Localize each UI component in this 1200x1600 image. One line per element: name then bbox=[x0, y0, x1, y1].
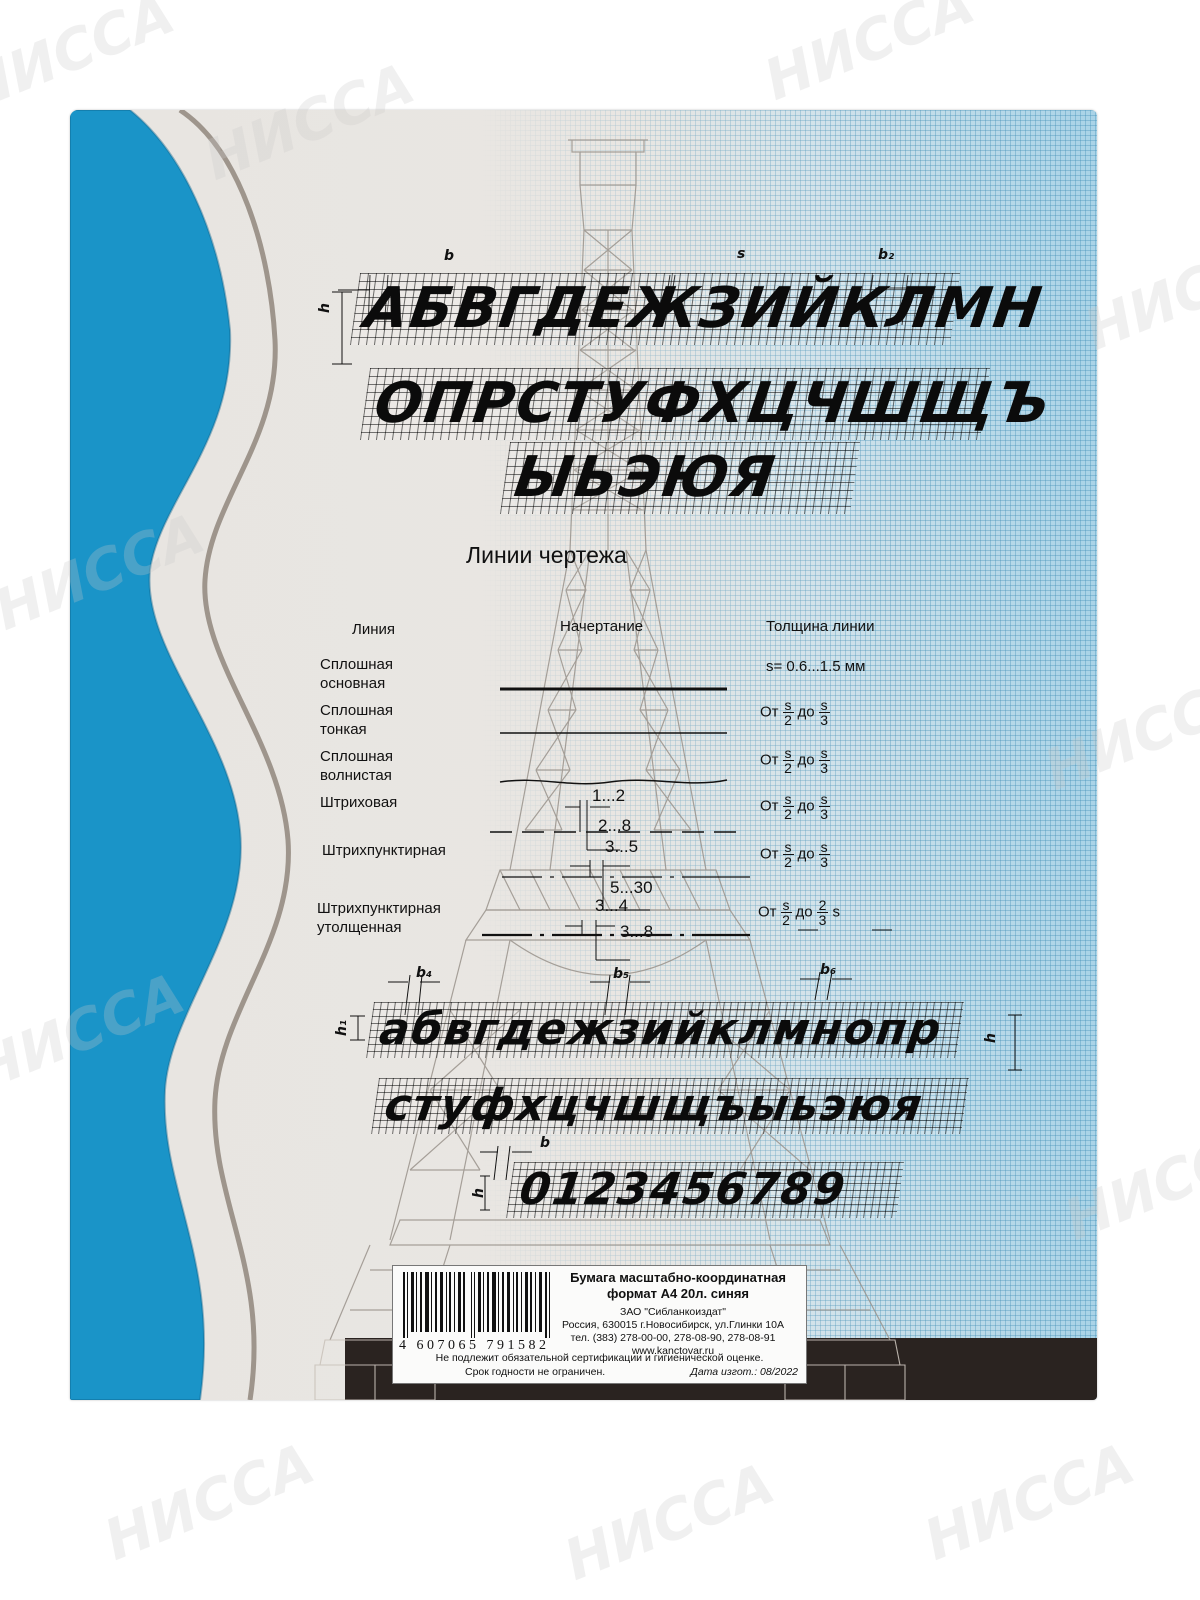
digits-text: 0123456789 bbox=[516, 1162, 850, 1218]
dim-label-b6: b₆ bbox=[820, 962, 836, 978]
digits-row: 0123456789 bbox=[506, 1162, 904, 1218]
alphabet-text: стуфхцчшщъыьэюя bbox=[381, 1078, 927, 1134]
alphabet-text: абвгдежзийклмнопр bbox=[376, 1002, 946, 1058]
product-title: Бумага масштабно-координатнаяформат А4 2… bbox=[558, 1270, 798, 1302]
dim-label-b-digits: b bbox=[540, 1135, 550, 1151]
alphabet-lower-row-1: абвгдежзийклмнопр bbox=[366, 1002, 964, 1058]
expiry-text: Срок годности не ограничен. bbox=[465, 1366, 605, 1378]
dim-label-b5: b₅ bbox=[613, 966, 629, 982]
watermark: НИССА bbox=[756, 0, 984, 114]
product-label: 4 607065 791582 Бумага масштабно-координ… bbox=[392, 1265, 807, 1384]
barcode bbox=[401, 1272, 551, 1338]
dim-label-b4: b₄ bbox=[416, 965, 432, 981]
watermark: НИССА bbox=[96, 1431, 324, 1573]
dim-label-h1: h₁ bbox=[334, 1020, 350, 1036]
watermark: НИССА bbox=[916, 1431, 1144, 1573]
notebook-cover: b s b₂ h АБВГДЕЖЗИЙКЛМН ОПРСТУФХЦЧШЩЪ ЫЬ… bbox=[70, 110, 1097, 1400]
dim-label-h-digits: h bbox=[471, 1188, 487, 1198]
manufacturer-info: ЗАО "Сибланкоиздат" Россия, 630015 г.Нов… bbox=[548, 1306, 798, 1358]
dim-label-h-right: h bbox=[983, 1033, 999, 1043]
watermark: НИССА bbox=[0, 0, 183, 124]
certification-notice: Не подлежит обязательной сертификации и … bbox=[393, 1352, 806, 1365]
watermark: НИССА bbox=[556, 1451, 784, 1593]
manufacture-date: Дата изгот.: 08/2022 bbox=[690, 1366, 798, 1378]
alphabet-lower-row-2: стуфхцчшщъыьэюя bbox=[371, 1078, 969, 1134]
